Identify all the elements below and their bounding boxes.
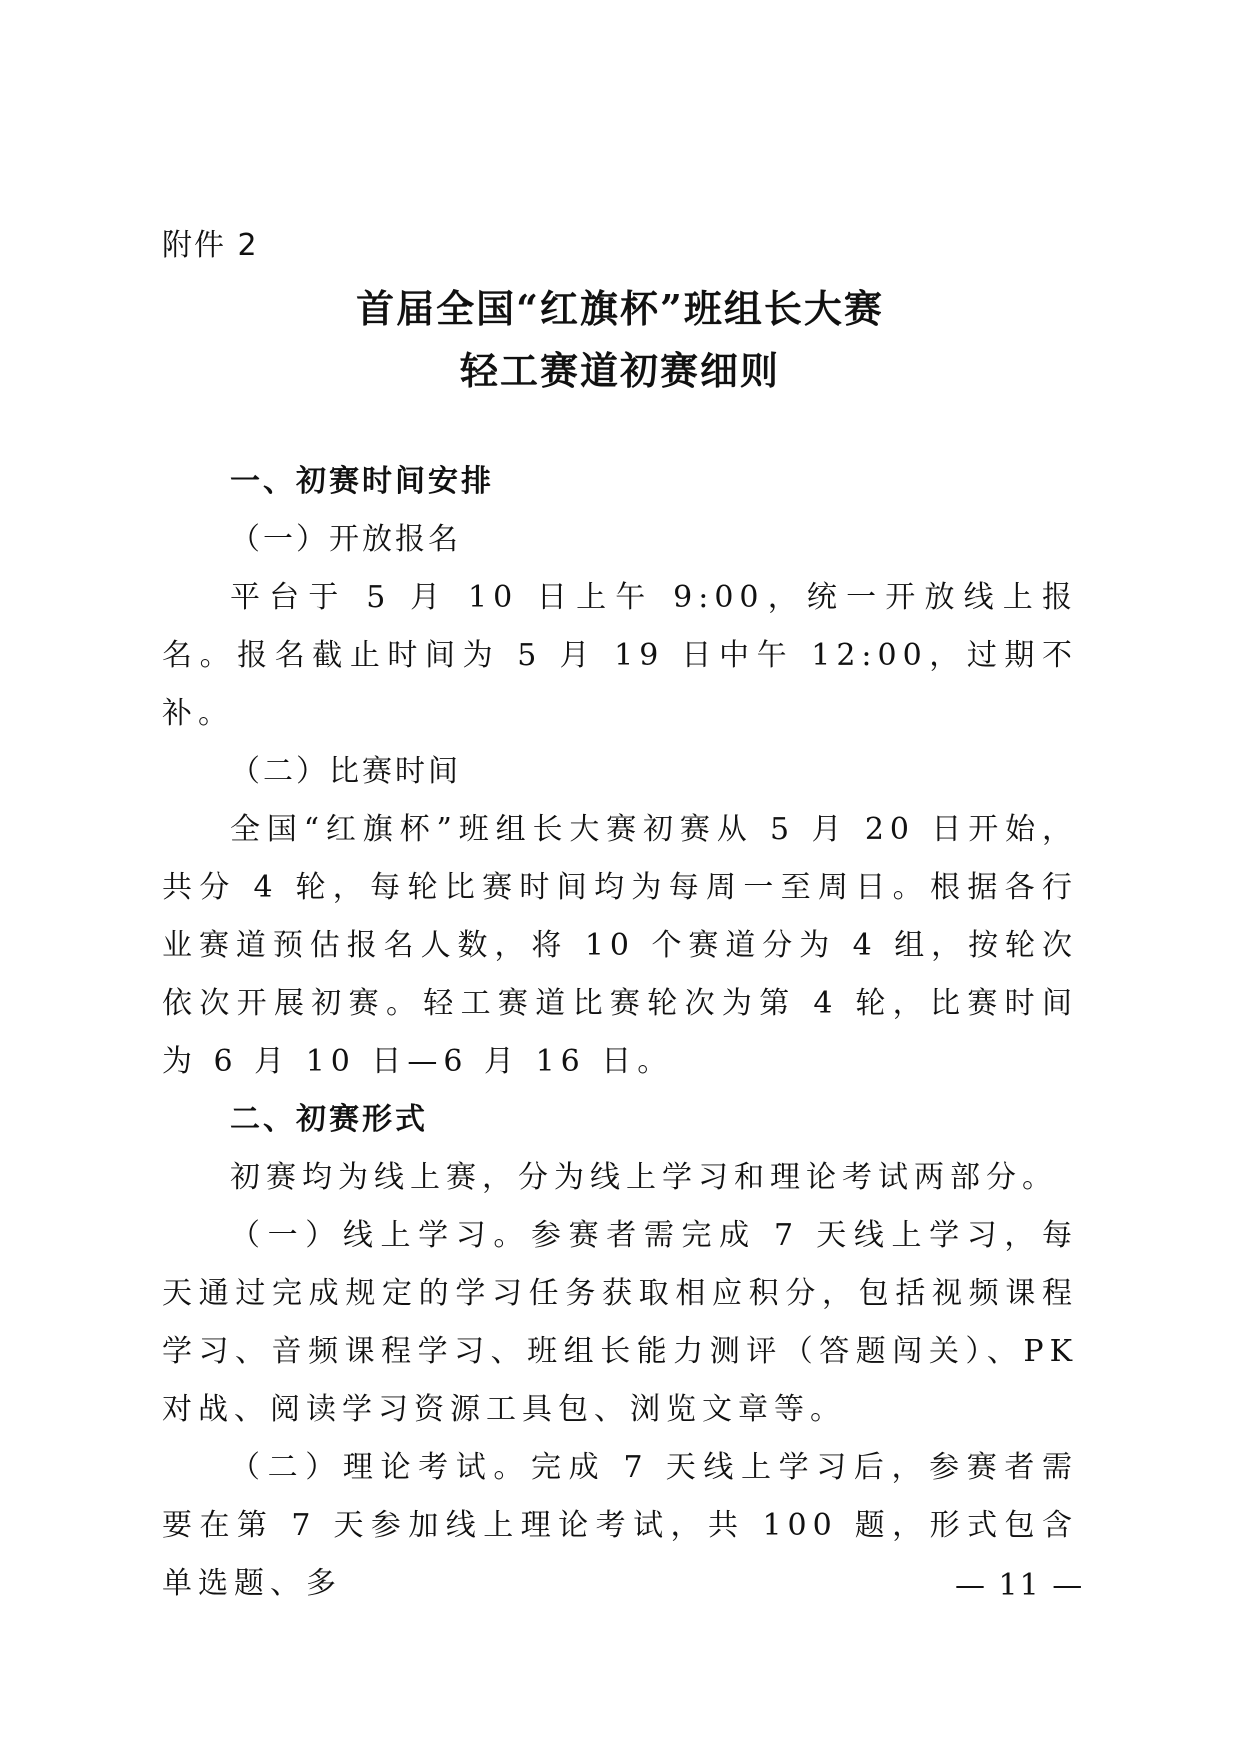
section-heading-format: 二、初赛形式 [162, 1091, 1078, 1149]
document-body: 一、初赛时间安排 （一）开放报名 平台于 5 月 10 日上午 9:00，统一开… [162, 453, 1078, 1613]
paragraph-theory-exam: （二）理论考试。完成 7 天线上学习后，参赛者需要在第 7 天参加线上理论考试，… [162, 1439, 1078, 1613]
paragraph-registration: 平台于 5 月 10 日上午 9:00，统一开放线上报名。报名截止时间为 5 月… [162, 569, 1078, 743]
paragraph-format-intro: 初赛均为线上赛，分为线上学习和理论考试两部分。 [162, 1149, 1078, 1207]
document-title-line2: 轻工赛道初赛细则 [0, 340, 1240, 395]
document-title-line1: 首届全国“红旗杯”班组长大赛 [0, 278, 1240, 333]
annex-label: 附件 2 [162, 220, 259, 264]
section-heading-schedule: 一、初赛时间安排 [162, 453, 1078, 511]
subheading-competition-time: （二）比赛时间 [162, 743, 1078, 801]
paragraph-competition-time: 全国“红旗杯”班组长大赛初赛从 5 月 20 日开始，共分 4 轮，每轮比赛时间… [162, 801, 1078, 1091]
page-number: — 11 — [955, 1568, 1084, 1603]
paragraph-online-learning: （一）线上学习。参赛者需完成 7 天线上学习，每天通过完成规定的学习任务获取相应… [162, 1207, 1078, 1439]
subheading-registration: （一）开放报名 [162, 511, 1078, 569]
